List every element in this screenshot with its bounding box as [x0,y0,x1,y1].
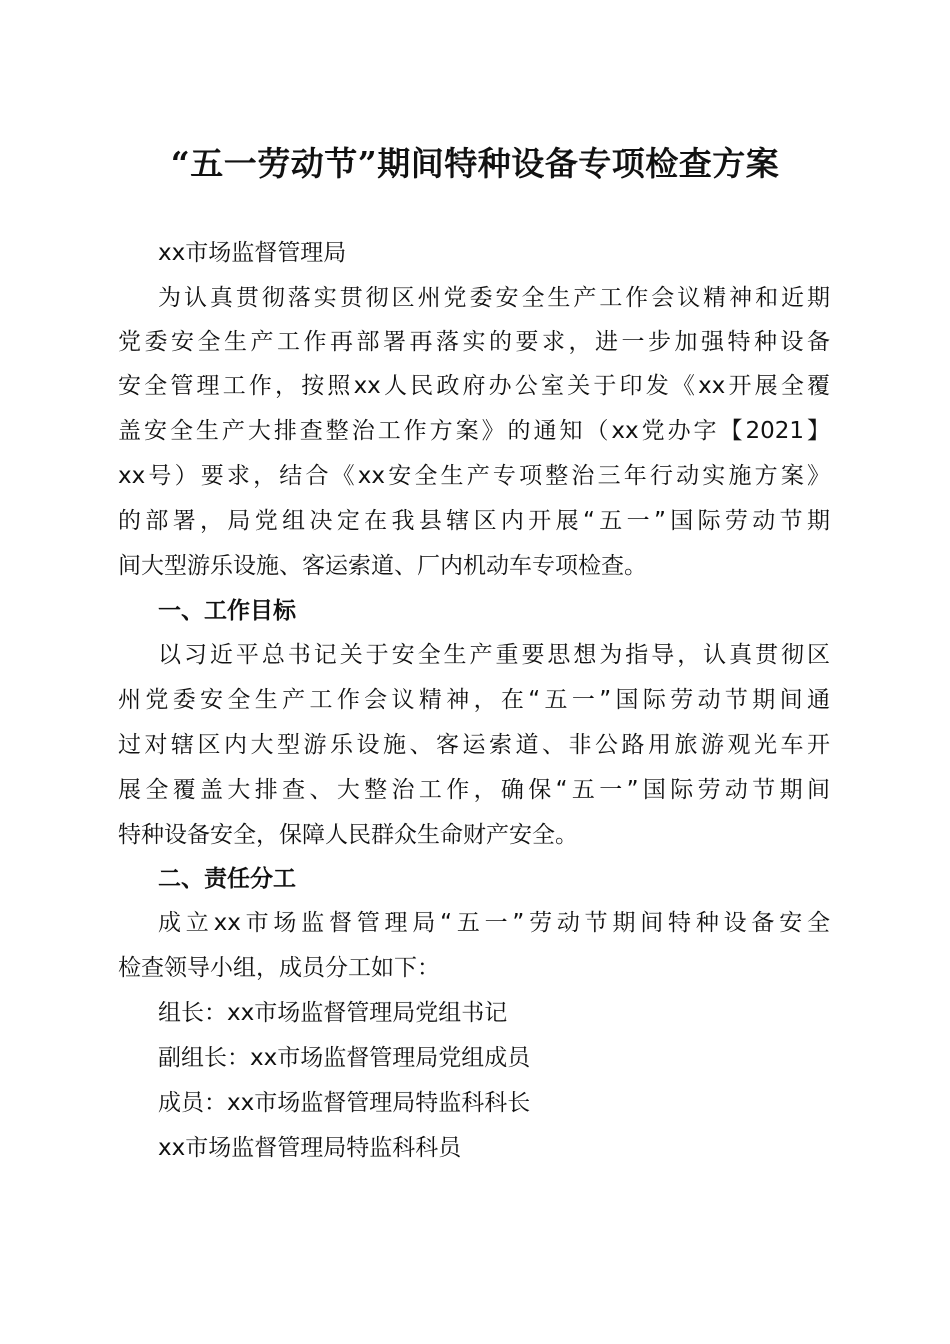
paragraph-line: 间大型游乐设施、客运索道、厂内机动车专项检查。 [118,551,830,581]
paragraph-line: 检查领导小组，成员分工如下： [118,953,830,983]
paragraph-line: 安全管理工作，按照xx人民政府办公室关于印发《xx开展全覆 [118,371,830,401]
section-heading-responsibilities: 二、责任分工 [158,864,296,894]
section-heading-goals: 一、工作目标 [158,596,296,626]
paragraph-line: 以习近平总书记关于安全生产重要思想为指导，认真贯彻区 [158,640,830,670]
paragraph-line: 过对辖区内大型游乐设施、客运索道、非公路用旅游观光车开 [118,730,830,760]
paragraph-line: 党委安全生产工作再部署再落实的要求，进一步加强特种设备 [118,327,830,357]
member-item: 成员：xx市场监督管理局特监科科长 [158,1088,830,1118]
member-item: 组长：xx市场监督管理局党组书记 [158,998,830,1028]
paragraph-line: 盖安全生产大排查整治工作方案》的通知（xx党办字【2021】 [118,416,830,446]
paragraph-line: 特种设备安全，保障人民群众生命财产安全。 [118,820,830,850]
paragraph-line: xx号）要求，结合《xx安全生产专项整治三年行动实施方案》 [118,461,830,491]
paragraph-line: 为认真贯彻落实贯彻区州党委安全生产工作会议精神和近期 [158,283,830,313]
member-item: 副组长：xx市场监督管理局党组成员 [158,1043,830,1073]
document-title: “五一劳动节”期间特种设备专项检查方案 [0,138,950,185]
paragraph-line: 州党委安全生产工作会议精神，在“五一”国际劳动节期间通 [118,685,830,715]
paragraph-line: 成立xx市场监督管理局“五一”劳动节期间特种设备安全 [158,908,830,938]
member-item: xx市场监督管理局特监科科员 [158,1133,830,1163]
paragraph-line: 展全覆盖大排查、大整治工作，确保“五一”国际劳动节期间 [118,775,830,805]
issuer-line: xx市场监督管理局 [158,238,830,268]
paragraph-line: 的部署，局党组决定在我县辖区内开展“五一”国际劳动节期 [118,506,830,536]
